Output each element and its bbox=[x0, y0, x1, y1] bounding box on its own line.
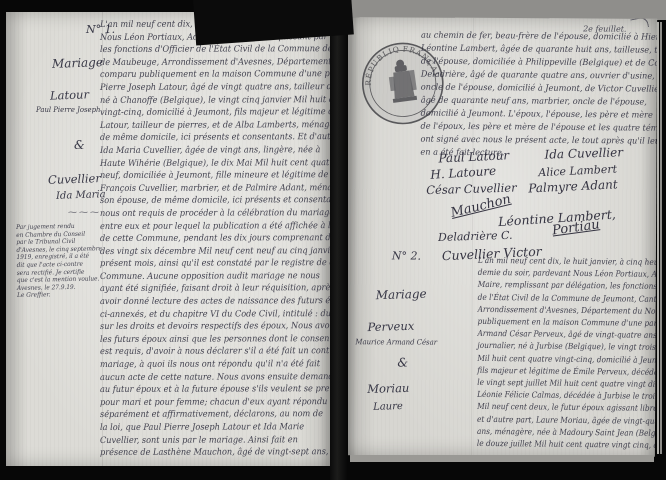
act1-party1-given: Paul Pierre Joseph bbox=[36, 105, 101, 114]
text-line: comparu publiquement en la maison Commun… bbox=[100, 69, 320, 82]
text-line: neuf, domiciliée à Jeumont, fille mineur… bbox=[100, 169, 320, 182]
act1-party1-surname: Latour bbox=[50, 87, 89, 102]
text-line: entre eux et pour lequel la publication … bbox=[100, 220, 320, 233]
page-stack-bottom-edge bbox=[350, 455, 654, 462]
text-line: vingt-cinq, domicilié à Jeumont, fils ma… bbox=[100, 106, 320, 119]
text-line: est requis, d'avoir à nous déclarer s'il… bbox=[100, 346, 320, 359]
text-line: aucun acte de cette nature. Nous avons e… bbox=[100, 371, 320, 384]
paraph-mark bbox=[630, 17, 649, 30]
text-line: présent mois, ainsi qu'il est constaté p… bbox=[100, 257, 320, 270]
text-line: ci-annexés, et du chapitre VI du Code Ci… bbox=[100, 308, 320, 321]
act1-party2-given: Ida Maria bbox=[56, 189, 106, 202]
text-line: avoir donné lecture des actes de naissan… bbox=[100, 295, 320, 308]
text-line: Ida Maria Cuvellier, âgée de vingt ans, … bbox=[100, 144, 320, 157]
text-line: né à Chanoffe (Belgique), le vingt cinq … bbox=[100, 94, 320, 107]
register-left-page: N° 1. Mariage Latour Paul Pierre Joseph … bbox=[6, 12, 333, 466]
signature: Alice Lambert bbox=[538, 163, 617, 180]
margin-flourish: ⁓⁓⁓ bbox=[68, 208, 101, 218]
text-line: de même domicile, ici présents et consen… bbox=[100, 132, 320, 145]
page-stack-right-edge bbox=[657, 22, 659, 454]
signature: Ida Cuvellier bbox=[544, 145, 623, 161]
act2-party2-given: Laure bbox=[373, 401, 403, 413]
act1-ampersand: & bbox=[74, 138, 85, 152]
act2-party1-given: Maurice Armand César bbox=[355, 337, 437, 346]
book-spine bbox=[330, 0, 348, 480]
text-line: le douze juillet Mil huit cent quatre vi… bbox=[477, 437, 636, 451]
text-line: Pierre Joseph Latour, âgé de vingt quatr… bbox=[100, 81, 320, 94]
act2-body-text: L'an mil neuf cent dix, le huit janvier,… bbox=[477, 254, 654, 450]
text-line: son épouse, de même domicile, ici présen… bbox=[100, 194, 320, 207]
signature: Paul Latour bbox=[438, 148, 509, 165]
act1-type-label: Mariage bbox=[52, 55, 103, 71]
act2-ampersand: & bbox=[397, 355, 408, 369]
text-line: les fonctions d'Officier de l'État Civil… bbox=[100, 43, 320, 56]
text-line: nous ont requis de procéder à la célébra… bbox=[100, 207, 320, 220]
register-right-page: 2e feuillet. RÉPUBLIQUE FRANÇAISE au che… bbox=[345, 17, 657, 457]
text-line: mariage, à quoi ils nous ont répondu qu'… bbox=[100, 358, 320, 371]
text-line: au futur époux et à la future épouse s'i… bbox=[100, 383, 320, 396]
text-line: Haute Wihérie (Belgique), le dix Mai Mil… bbox=[100, 157, 320, 170]
text-line: ayant été signifiée, faisant droit à leu… bbox=[100, 283, 320, 296]
act2-type-label: Mariage bbox=[376, 287, 427, 303]
text-line: des vingt six décembre Mil neuf cent neu… bbox=[100, 245, 320, 258]
text-line: de cette Commune, pendant les dix jours … bbox=[100, 232, 320, 245]
text-line: séparément et affirmativement, déclarons… bbox=[100, 409, 320, 422]
act1-party2-surname: Cuvellier bbox=[48, 171, 101, 187]
act1-continuation-text: au chemin de fer, beau-frère de l'épouse… bbox=[420, 30, 653, 161]
signature: Deladrière C. bbox=[438, 229, 513, 244]
text-line: sur les droits et devoirs respectifs des… bbox=[100, 320, 320, 333]
text-line: la loi, que Paul Pierre Joseph Latour et… bbox=[100, 421, 320, 434]
text-line: présence de Lasthène Mauchon, âgé de vin… bbox=[100, 446, 320, 459]
text-line: Le Greffier. bbox=[17, 291, 105, 300]
page-stack-right-edge bbox=[660, 22, 662, 454]
text-line: Maire, remplissant par délégation, les f… bbox=[478, 278, 637, 292]
marginal-annotation: Par jugement renduen Chambre du Conseilp… bbox=[16, 222, 106, 300]
text-line: Cuvellier, sont unis par le mariage. Ain… bbox=[100, 434, 320, 447]
act2-party2-surname: Moriau bbox=[367, 381, 410, 396]
act1-body-text: L'an mil neuf cent dix, le huit janvier,… bbox=[100, 19, 333, 460]
act2-party1-surname: Perveux bbox=[367, 319, 414, 334]
signature: H. Latoure bbox=[430, 164, 497, 182]
signature: Palmyre Adant bbox=[528, 177, 618, 195]
act2-number: N° 2. bbox=[392, 249, 421, 262]
